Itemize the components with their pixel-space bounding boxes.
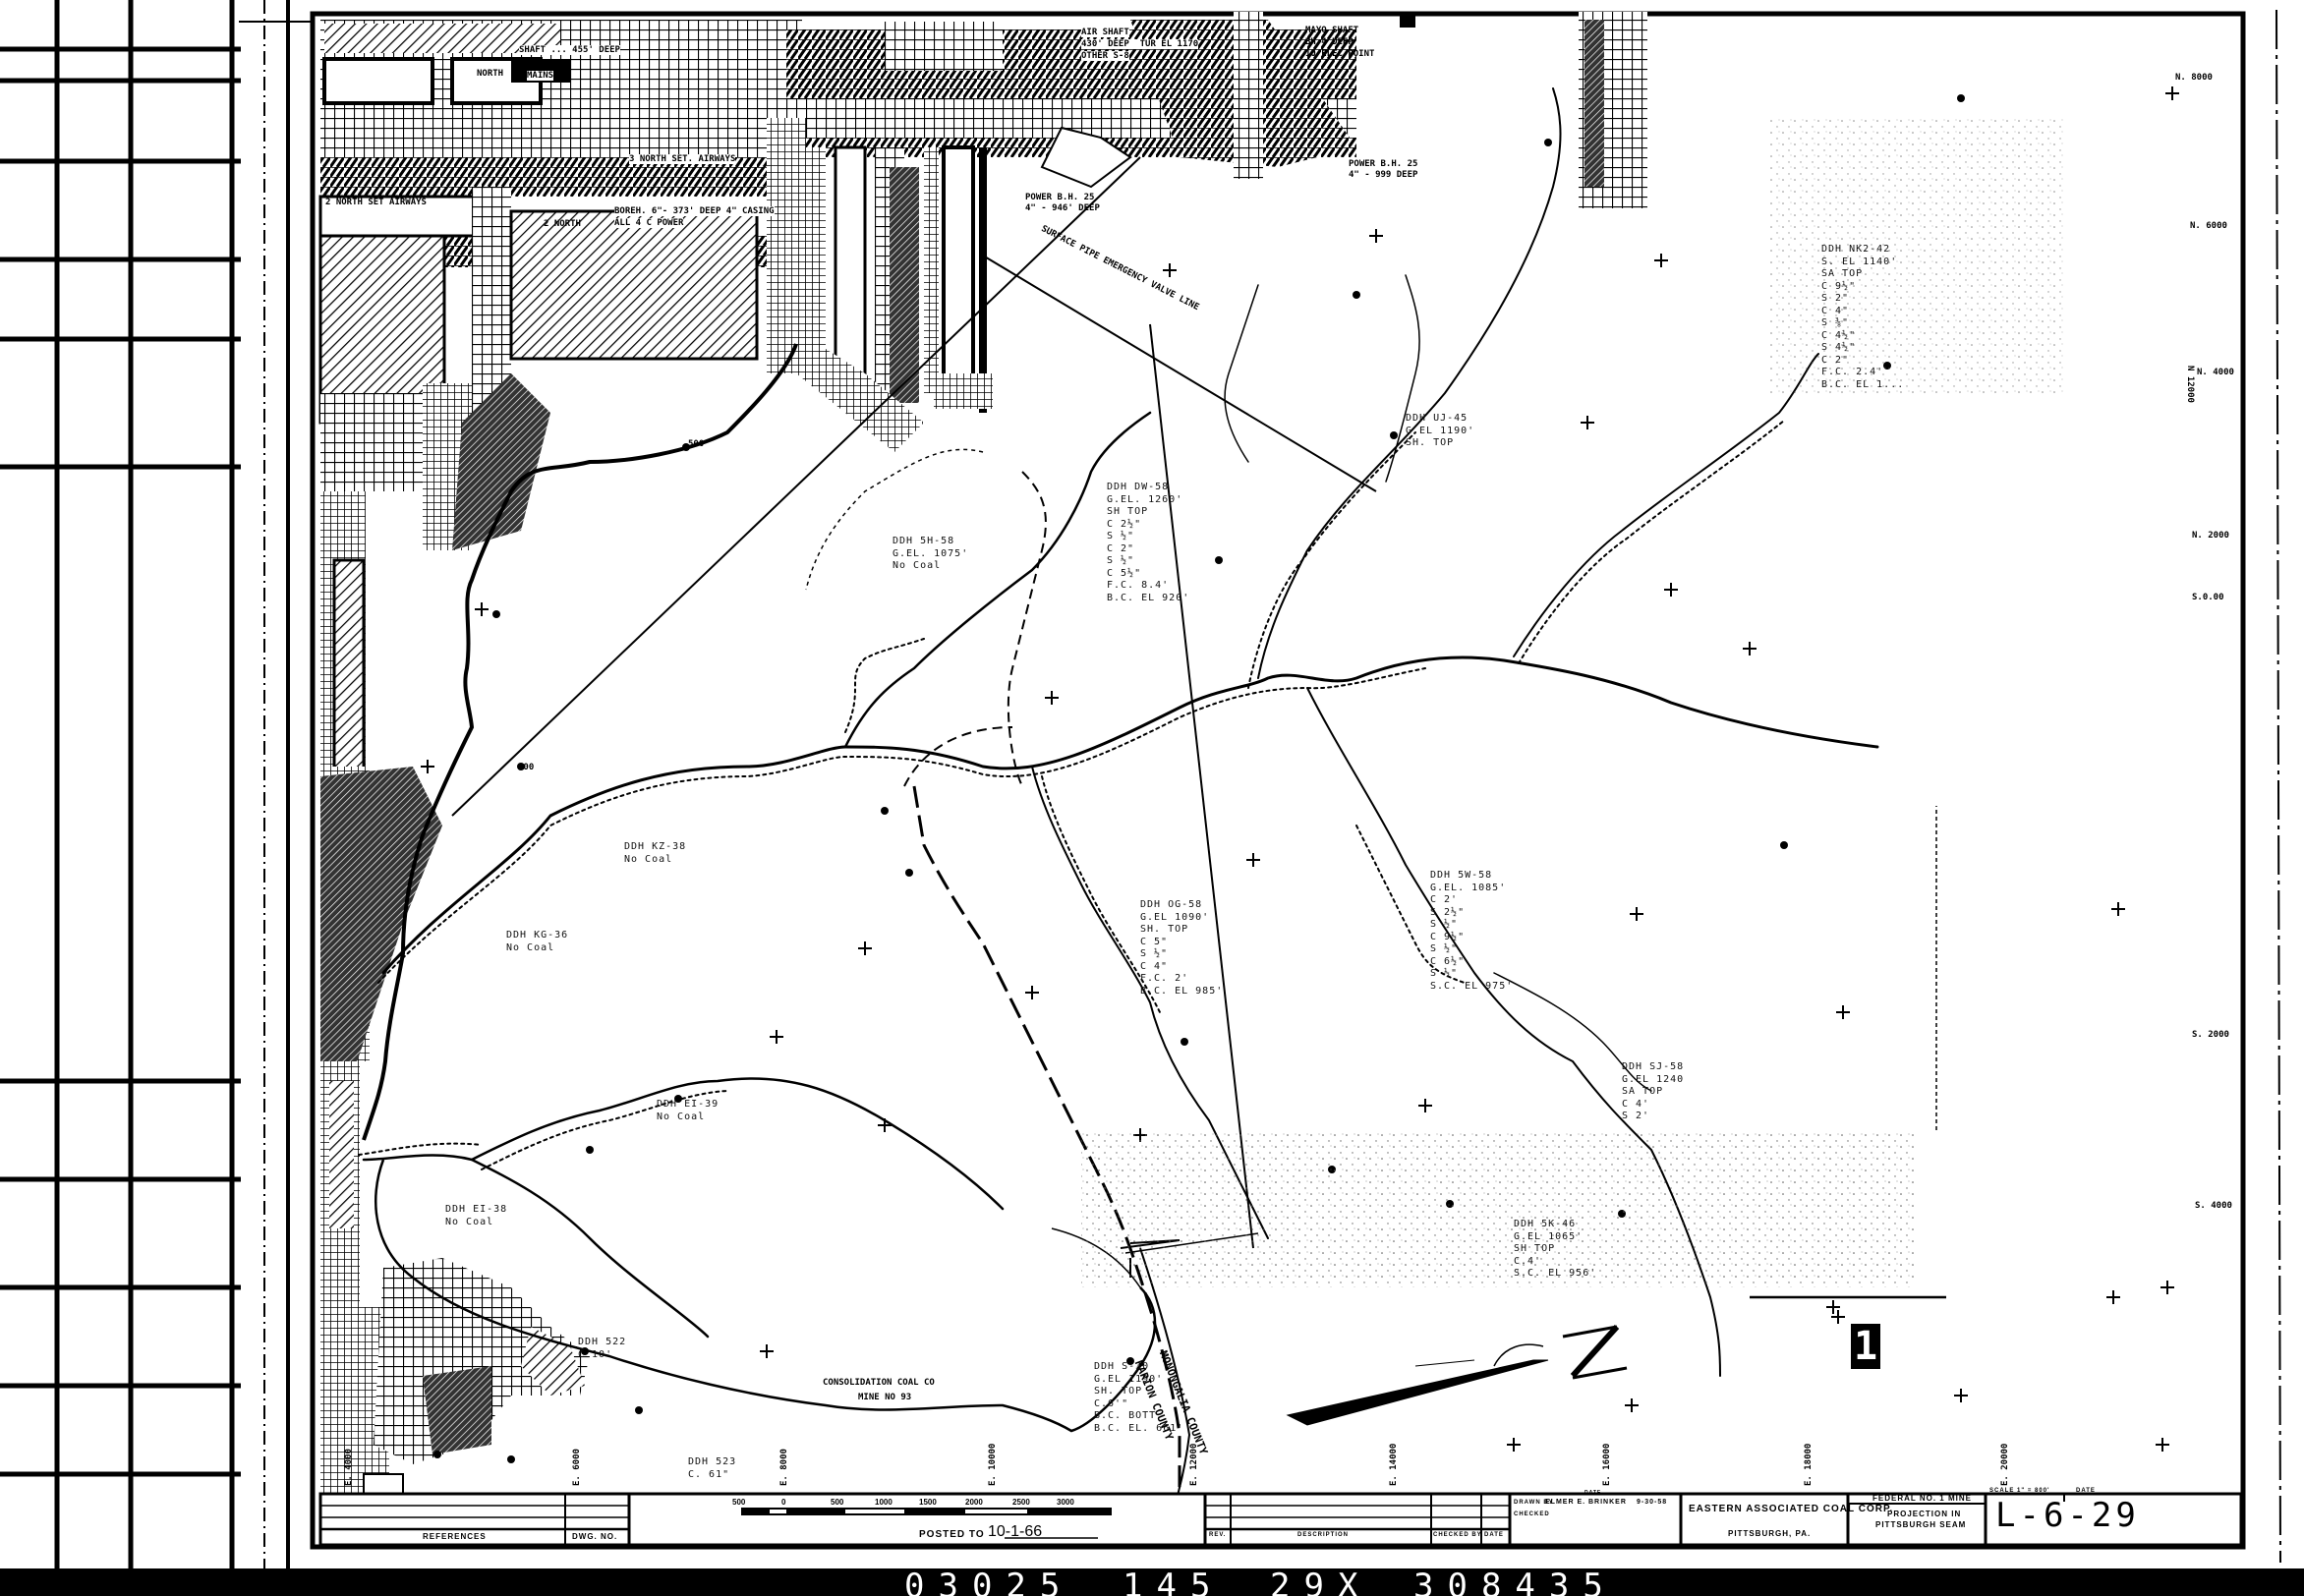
label-mayo-shaft-2: BH 4 DEEP xyxy=(1305,37,1354,47)
scale-tick-1: 0 xyxy=(781,1498,785,1507)
dwg-no-header: DWG. NO. xyxy=(572,1532,617,1541)
label-borehole-left-2: ALL 4 C POWER xyxy=(614,218,683,228)
drill-hole-sj-58: DDH SJ-58 G.EL 1240 SA TOP C 4' S 2' xyxy=(1622,1061,1684,1123)
drill-hole-5w-58: DDH 5W-58 G.EL. 1085' C 2' S 2½" S ½" C … xyxy=(1430,870,1513,993)
drill-hole-kg-36: DDH KG-36 No Coal xyxy=(506,930,568,954)
drill-hole-dw-58: DDH DW-58 G.EL. 1260' SH TOP C 2½" S ½" … xyxy=(1107,482,1189,604)
scale-tick-7: 3000 xyxy=(1057,1498,1074,1507)
date-header: DATE xyxy=(1584,1491,1601,1497)
drill-hole-522: DDH 522 C 10' xyxy=(578,1337,626,1361)
scale-tick-5: 2000 xyxy=(965,1498,983,1507)
label-north-set-airways-right: 3 NORTH SET. AIRWAYS xyxy=(629,154,735,164)
coord-bottom-0: E. 4000 xyxy=(344,1449,354,1486)
sheet-tag: 1 xyxy=(1851,1324,1880,1369)
east-entries-column xyxy=(1400,12,1647,208)
label-elevation-2: 500 xyxy=(518,763,534,772)
coord-bottom-2: E. 8000 xyxy=(779,1449,789,1486)
coord-east-0: N. 8000 xyxy=(2175,73,2213,83)
coord-bottom-3: E. 10000 xyxy=(988,1444,998,1486)
coord-bottom-4: E. 12000 xyxy=(1189,1444,1199,1486)
label-mayo-shaft-3: 10 ELEC POINT xyxy=(1305,49,1374,59)
coord-bottom-7: E. 18000 xyxy=(1804,1444,1814,1486)
rev-header-0: REV. xyxy=(1209,1532,1226,1539)
coord-bottom-8: E. 20000 xyxy=(2000,1444,2010,1486)
references-header: REFERENCES xyxy=(423,1532,487,1541)
coord-east-2: N. 4000 xyxy=(2197,368,2234,377)
scale-tick-0: 500 xyxy=(732,1498,745,1507)
label-borehole-left: BOREH. 6"- 373' DEEP 4" CASING xyxy=(614,206,775,216)
coord-bottom-1: E. 6000 xyxy=(572,1449,582,1486)
film-number-0: 03025 xyxy=(904,1569,1101,1596)
label-north-set-airways: 2 NORTH SET AIRWAYS xyxy=(325,198,427,207)
drill-hole-ei-38: DDH EI-38 No Coal xyxy=(445,1204,507,1228)
date-value: 9-30-58 xyxy=(1637,1499,1667,1507)
mine-header: FEDERAL NO. 1 MINE xyxy=(1872,1494,1972,1503)
coord-east-1: N. 6000 xyxy=(2190,221,2227,231)
checked-label: CHECKED xyxy=(1514,1511,1550,1518)
posted-value: 10-1-66 xyxy=(988,1523,1042,1541)
label-air-shaft-2: 430' DEEP TUR EL 1170 xyxy=(1081,39,1198,49)
coord-east-5: S. 2000 xyxy=(2192,1030,2229,1040)
coord-bottom-5: E. 14000 xyxy=(1389,1444,1399,1486)
mine-map-sheet: 2 NORTH SET AIRWAYS 2 NORTH 3 NORTH SET.… xyxy=(0,0,2304,1596)
label-powerbh-left-2: 4" - 946' DEEP xyxy=(1025,203,1100,213)
projection-line-2: PITTSBURGH SEAM xyxy=(1875,1520,1966,1529)
drill-hole-nk2-42: DDH NK2-42 S. EL 1140' SA TOP C 9½" S 2"… xyxy=(1821,244,1904,391)
scale-tick-4: 1500 xyxy=(919,1498,937,1507)
label-elevation-1: 500 xyxy=(688,439,704,449)
coord-east-mid: N 12000 xyxy=(2185,366,2195,403)
company-location: PITTSBURGH, PA. xyxy=(1728,1529,1811,1538)
stream-nw xyxy=(845,413,1150,747)
posted-label: POSTED TO xyxy=(919,1529,985,1541)
coord-east-4: S.0.00 xyxy=(2192,593,2224,602)
drawn-by: ELMER E. BRINKER xyxy=(1545,1499,1627,1507)
north-arrow xyxy=(1288,1327,1627,1425)
sheet-number: L-6-29 xyxy=(1995,1497,2140,1535)
drill-hole-kz-38: DDH KZ-38 No Coal xyxy=(624,841,686,866)
label-mayo-shaft: MAYO SHAFT xyxy=(1305,26,1358,35)
projection-line-1: PROJECTION IN xyxy=(1887,1510,1961,1518)
rev-header-1: DESCRIPTION xyxy=(1297,1532,1349,1539)
coord-east-3: N. 2000 xyxy=(2192,531,2229,541)
drill-hole-uj-45: DDH UJ-45 G.EL 1190' SH. TOP xyxy=(1406,413,1474,450)
scale-tick-2: 500 xyxy=(831,1498,843,1507)
label-powerbh-left: POWER B.H. 25 xyxy=(1025,193,1094,202)
drill-hole-5h-58: DDH 5H-58 G.EL. 1075' No Coal xyxy=(893,536,968,573)
stream-north xyxy=(1514,354,1818,656)
film-number-3: 308435 xyxy=(1413,1569,1649,1596)
drill-hole-5k-46: DDH 5K-46 G.EL 1065' SH TOP C.4' S.C. EL… xyxy=(1514,1219,1596,1281)
stream-main xyxy=(383,657,1877,973)
label-north-top: NORTH xyxy=(477,69,503,79)
label-north: 2 NORTH xyxy=(544,219,581,229)
scale-tick-6: 2500 xyxy=(1012,1498,1030,1507)
film-number-2: 29X xyxy=(1270,1569,1378,1596)
map-linework xyxy=(0,0,2304,1596)
drill-hole-ei-39: DDH EI-39 No Coal xyxy=(657,1099,719,1123)
rev-header-2: CHECKED BY xyxy=(1433,1532,1482,1539)
sheet-edge-lines xyxy=(239,0,315,1568)
label-air-shaft: AIR SHAFT xyxy=(1081,28,1129,37)
label-powerbh-right-2: 4" - 999 DEEP xyxy=(1349,170,1417,180)
graph-paper-grid xyxy=(0,0,241,1568)
scale-label: SCALE 1" = 800' xyxy=(1989,1488,2049,1495)
film-number-1: 145 xyxy=(1123,1569,1240,1596)
company-name: EASTERN ASSOCIATED COAL CORP. xyxy=(1689,1504,1893,1515)
label-air-shaft-3: OTHER S-8 xyxy=(1081,51,1129,61)
coord-east-6: S. 4000 xyxy=(2195,1201,2232,1211)
label-shaft-top: SHAFT ... 455' DEEP xyxy=(519,45,620,55)
rev-header-3: DATE xyxy=(1484,1532,1504,1539)
date-label: DATE xyxy=(2076,1488,2096,1495)
label-consolidation-2: MINE NO 93 xyxy=(858,1393,911,1402)
drill-hole-523: DDH 523 C. 61" xyxy=(688,1456,736,1481)
label-mains: MAINS xyxy=(527,71,553,81)
scale-tick-3: 1000 xyxy=(875,1498,893,1507)
coord-bottom-6: E. 16000 xyxy=(1602,1444,1612,1486)
label-powerbh-right: POWER B.H. 25 xyxy=(1349,159,1417,169)
drill-hole-og-58: DDH OG-58 G.EL 1090' SH. TOP C 5" S ½" C… xyxy=(1140,899,1223,997)
label-consolidation-1: CONSOLIDATION COAL CO xyxy=(823,1378,935,1388)
